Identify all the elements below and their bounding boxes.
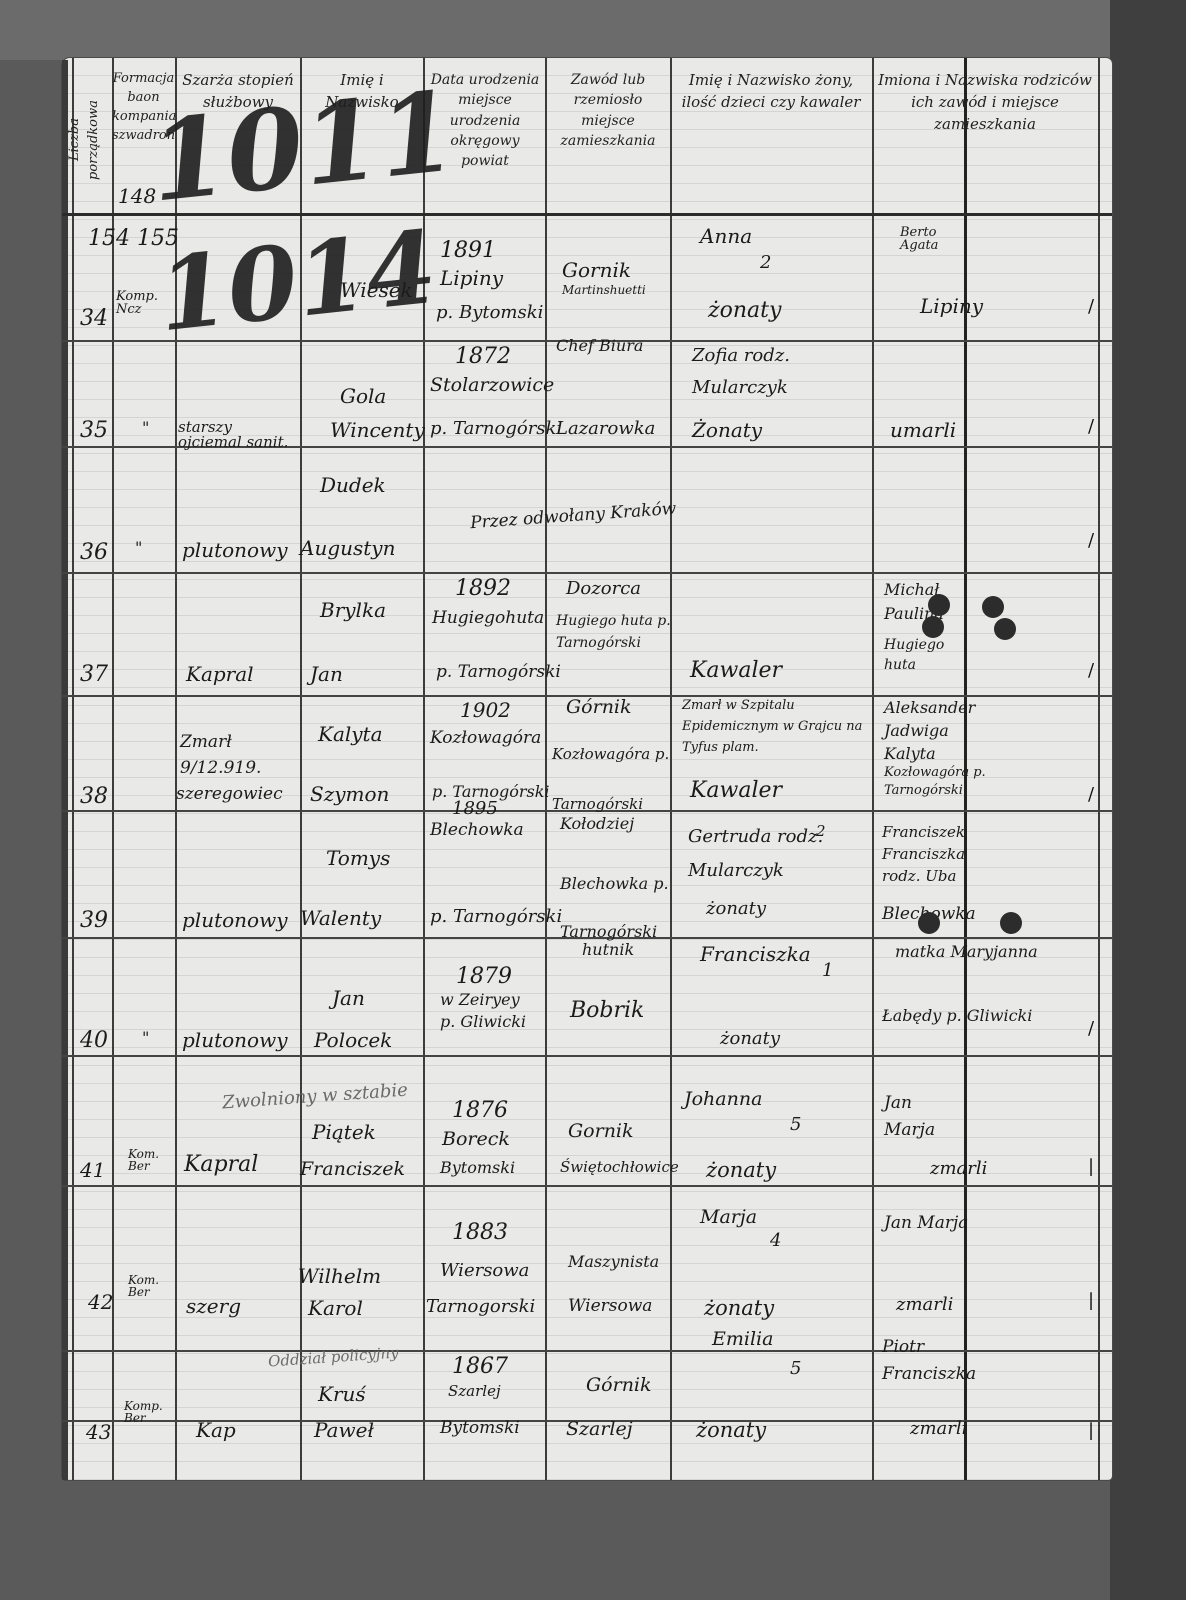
row-parents: Jan Marja [884, 1090, 944, 1144]
row-number: 39 [80, 910, 108, 932]
row-unit: Komp. Ber [124, 1400, 164, 1424]
row-parents: Berto Agata [900, 226, 960, 252]
row-district: p. Bytomski [436, 304, 543, 322]
scan-background-right [1110, 0, 1186, 1600]
margin-tick-mark: | [1088, 1420, 1094, 1441]
row-rank: plutonowy [182, 910, 288, 930]
row-number: 38 [80, 786, 108, 808]
row-wife: Marja [700, 1208, 757, 1227]
row-parents-residence: Hugiego huta [884, 636, 944, 675]
row-surname: Jan [332, 988, 365, 1008]
row-unit: Kom. Ber [128, 1148, 168, 1172]
row-first-name: Augustyn [300, 538, 396, 558]
row-district: p. Tarnogórski [430, 420, 562, 438]
row-rule [62, 1055, 1112, 1057]
marginal-number: 154 155 [88, 228, 179, 250]
ink-seal-mark [918, 912, 940, 934]
row-birth-place: Kozłowagóra [430, 730, 541, 747]
row-wife: Johanna [684, 1090, 762, 1109]
row-marital: żonaty [704, 1298, 774, 1319]
row-residence: Martinshuetti [562, 284, 646, 296]
row-birth-place: w Zeiryey [440, 992, 520, 1008]
row-birth-year: 1867 [452, 1356, 508, 1378]
row-marital: Kawaler [690, 660, 782, 682]
row-parents: Piotr Franciszka [882, 1334, 992, 1388]
scan-background-top [0, 0, 1186, 60]
row-parents: Jan Marja [884, 1210, 994, 1237]
row-children: 5 [790, 1360, 801, 1378]
row-unit: Komp. Ncz [116, 290, 166, 316]
row-surname: Wiesek [340, 280, 413, 300]
row-surname: Kruś [318, 1384, 366, 1404]
margin-tick-mark: / [1088, 530, 1094, 551]
row-birth-place: Wiersowa [440, 1262, 529, 1280]
row-surname: Piątek [312, 1122, 376, 1142]
margin-tick-mark: | [1088, 1156, 1094, 1177]
row-residence: Hugiego huta p. Tarnogórski [556, 610, 671, 655]
row-residence: Bobrik [570, 1000, 644, 1022]
row-parents-residence: Lipiny [920, 296, 983, 316]
row-rank: Kapral [184, 1154, 258, 1176]
ink-seal-mark [928, 594, 950, 616]
ink-seal-mark [922, 616, 944, 638]
row-marital: żonaty [708, 300, 781, 322]
row-birth-place: Blechowka [430, 822, 524, 839]
row-children: 1 [822, 962, 833, 980]
row-birth-place: Lipiny [440, 268, 503, 288]
row-first-name: Franciszek [300, 1160, 405, 1179]
row-children: 2 [760, 254, 771, 272]
row-number: 37 [80, 664, 108, 686]
row-occupation: Maszynista [568, 1254, 659, 1270]
column-rule [545, 58, 547, 1480]
row-first-name: Wincenty [330, 420, 425, 440]
row-first-name: Karol [308, 1298, 363, 1318]
row-birth-year: 1891 [440, 240, 496, 262]
row-parents-residence: zmarli [896, 1296, 953, 1314]
row-death-note-detail: Zmarł w Szpitalu Epidemicznym w Grajcu n… [682, 696, 870, 758]
row-children: 2 [816, 824, 826, 839]
row-birth-year: 1876 [452, 1100, 508, 1122]
row-first-name: Paweł [314, 1420, 374, 1440]
row-marital: żonaty [706, 900, 766, 918]
row-parents: Aleksander Jadwiga Kalyta [884, 696, 964, 766]
row-residence: Wiersowa [568, 1298, 652, 1315]
row-birth-year: 1879 [456, 966, 512, 988]
row-first-name: Szymon [310, 784, 389, 804]
row-first-name: Walenty [300, 908, 381, 928]
page-binding-edge [62, 60, 68, 1480]
row-wife: Zofia rodz. Mularczyk [692, 340, 812, 405]
row-residence: Świętochłowice [560, 1160, 679, 1175]
row-surname: Tomys [326, 848, 390, 868]
row-occupation: Gornik [568, 1122, 634, 1141]
row-occupation: Górnik [566, 698, 632, 717]
row-birth-place: Hugiegohuta [432, 610, 544, 627]
row-marital: żonaty [720, 1030, 780, 1048]
row-first-name: Polocek [314, 1030, 392, 1050]
row-children: 5 [790, 1116, 801, 1134]
row-birth-year: 1892 [455, 578, 511, 600]
column-rule [1098, 58, 1100, 1480]
row-number: 35 [80, 420, 108, 442]
row-parents-residence: zmarli [910, 1420, 967, 1438]
row-unit: " [135, 540, 142, 556]
row-wife: Franciszka [700, 944, 811, 964]
row-wife: Anna [700, 226, 752, 246]
row-marital: Kawaler [690, 780, 782, 802]
row-rank: plutonowy [182, 1030, 288, 1050]
row-occupation: Chef Biura [556, 338, 643, 354]
row-parents-residence: Łabędy p. Gliwicki [882, 1008, 1032, 1024]
row-number: 43 [86, 1422, 111, 1442]
row-occupation: Gornik [562, 260, 631, 280]
row-rank: plutonowy [182, 540, 288, 560]
row-district: p. Gliwicki [440, 1014, 526, 1030]
row-parents: Franciszek Franciszka rodz. Uba [882, 822, 992, 887]
row-birth-year: 1895 [452, 800, 498, 818]
row-parents-residence: umarli [890, 420, 956, 440]
row-surname: Gola [340, 386, 386, 406]
row-occupation: Górnik [586, 1376, 652, 1395]
row-marital: Żonaty [692, 420, 762, 440]
row-birth-year: 1872 [455, 346, 511, 368]
row-number: 41 [80, 1160, 105, 1180]
row-district: Bytomski [440, 1420, 520, 1437]
header-number: Liczba porządkowa [66, 80, 106, 200]
row-wife: Emilia [712, 1330, 773, 1349]
row-rule [62, 1185, 1112, 1187]
row-death-note: Zmarł 9/12.919. [180, 730, 290, 781]
row-district: Bytomski [440, 1160, 515, 1176]
row-marital: żonaty [706, 1160, 776, 1181]
row-residence: Szarlej [566, 1420, 633, 1439]
header-occupation: Zawód lub rzemiosło miejsce zamieszkania [547, 70, 669, 151]
row-unit: " [142, 1030, 149, 1046]
row-district: p. Tarnogórski [430, 908, 562, 926]
row-rank: Kapral [186, 664, 254, 684]
row-marital: żonaty [696, 1420, 766, 1441]
row-district: Tarnogorski [426, 1298, 535, 1316]
row-first-name: Jan [310, 664, 343, 684]
row-occupation: hutnik [582, 942, 634, 958]
row-occupation: Dozorca [566, 580, 641, 598]
row-surname: Wilhelm [298, 1266, 381, 1286]
margin-tick-mark: / [1088, 296, 1094, 317]
marginal-number: 148 [118, 186, 156, 206]
row-birth-year: 1883 [452, 1222, 508, 1244]
row-rank: Kap [196, 1420, 236, 1440]
row-occupation: Kołodziej [560, 816, 634, 832]
ink-seal-mark [982, 596, 1004, 618]
row-residence: Lazarowka [556, 420, 655, 438]
row-rule [62, 572, 1112, 574]
row-rank: szeregowiec [176, 786, 283, 803]
row-birth-place: Stolarzowice [430, 376, 554, 395]
row-parents-residence: zmarli [930, 1160, 987, 1178]
column-rule [872, 58, 874, 1480]
row-surname: Kalyta [318, 724, 383, 744]
row-birth-place: Boreck [442, 1130, 510, 1149]
row-unit: Kom. Ber [128, 1274, 168, 1298]
margin-tick-mark: / [1088, 784, 1094, 805]
row-rank: starszy ojciemal sanit. [178, 420, 298, 450]
row-parents-residence: Kozłowagóra p. Tarnogórski [884, 764, 1004, 800]
row-surname: Dudek [320, 475, 386, 495]
row-birth-year: 1902 [460, 700, 511, 720]
row-parents: matka Maryjanna [895, 944, 1038, 960]
row-number: 42 [88, 1292, 113, 1312]
row-surname: Brylka [320, 600, 386, 620]
row-rank: szerg [186, 1296, 241, 1316]
row-number: 36 [80, 542, 108, 564]
row-children: 4 [770, 1232, 781, 1250]
margin-tick-mark: / [1088, 416, 1094, 437]
row-district: p. Tarnogórski [436, 664, 561, 681]
margin-tick-mark: / [1088, 660, 1094, 681]
row-unit: " [142, 420, 149, 436]
row-number: 40 [80, 1030, 108, 1052]
column-rule [72, 58, 74, 1480]
column-rule [112, 58, 114, 1480]
row-number: 34 [80, 308, 108, 330]
header-parents: Imiona i Nazwiska rodziców ich zawód i m… [874, 70, 1096, 135]
margin-tick-mark: | [1088, 1290, 1094, 1311]
row-birth-place: Szarlej [448, 1384, 501, 1399]
column-rule [670, 58, 672, 1480]
ink-seal-mark [1000, 912, 1022, 934]
ink-seal-mark [994, 618, 1016, 640]
margin-tick-mark: / [1088, 1018, 1094, 1039]
header-family: Imię i Nazwisko żony, ilość dzieci czy k… [672, 70, 870, 114]
